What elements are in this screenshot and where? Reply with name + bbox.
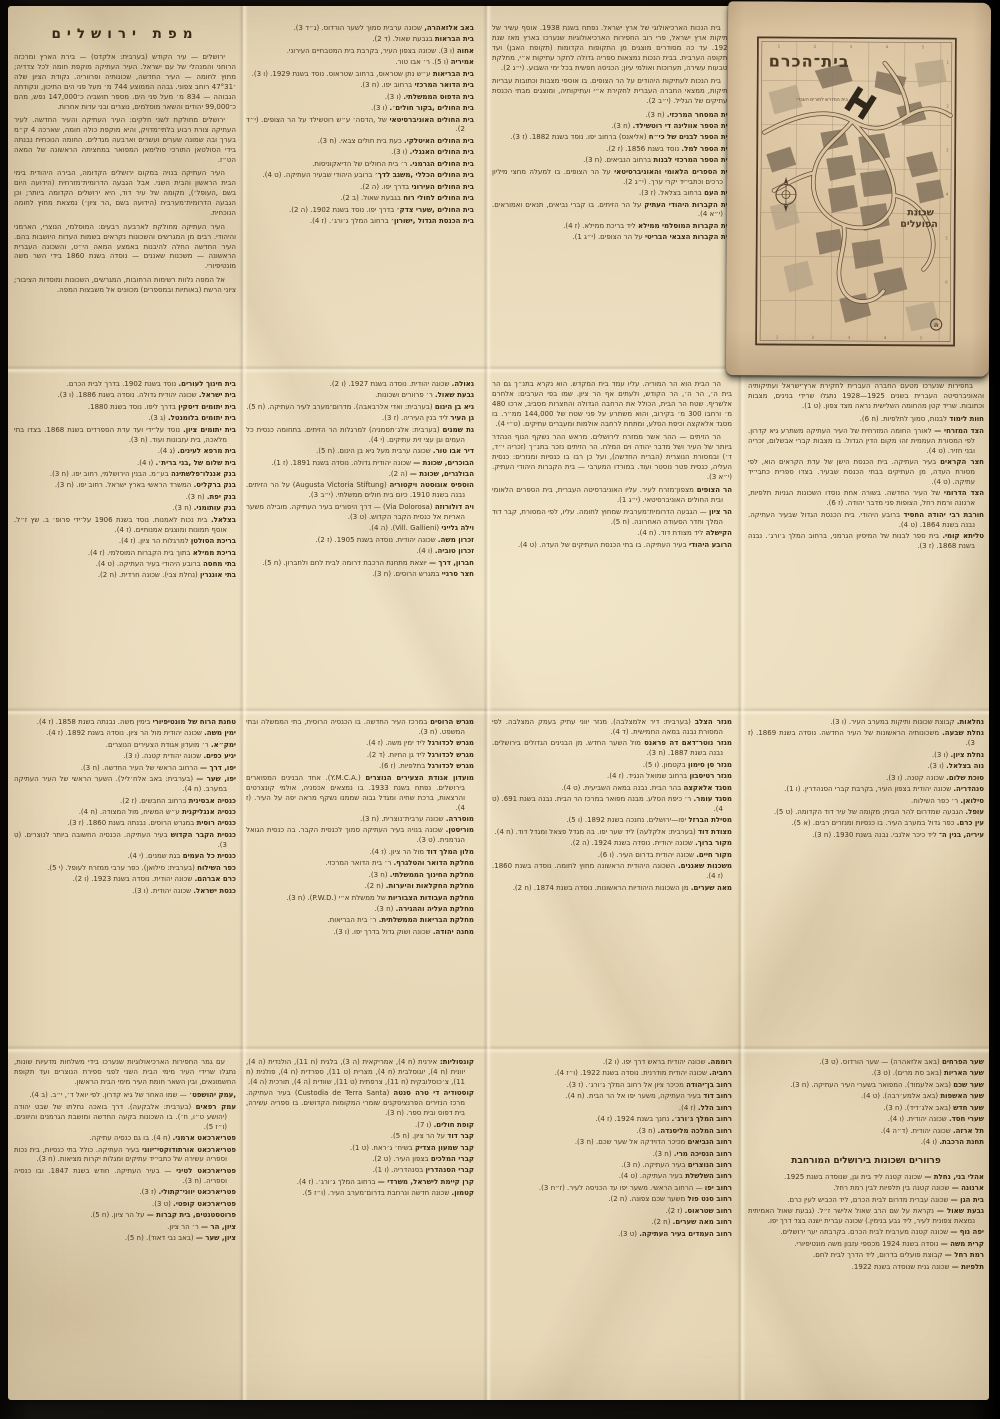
entry-lead: קונסוליות: <box>440 1058 474 1066</box>
entry-line: בית הנכות לעתיקות היהודים על הר הצופים. … <box>492 77 732 107</box>
entry-line: ימין משה. שכונה יהודית מול הר ציון. נוסד… <box>14 729 236 739</box>
entry-line: בית חינוך לעורים. נוסד בשנת 1902. בדרך ל… <box>14 380 236 390</box>
entry-line: עמק רפאים (בערבית: אלבקעה). דרך בואכה נח… <box>14 1103 236 1133</box>
entry-line: מוריסטן. שכונה בנויה בעיר העתיקה סמוך לכ… <box>246 826 474 846</box>
panel-main-title: מפת ירושלים <box>14 25 236 44</box>
seminary-label: בית המדרש למורים העברי <box>797 97 849 103</box>
panel-text: נחלאות. קבוצת שכונות ותיקות במערב העיר. … <box>748 718 984 1030</box>
entry-lead: בנק ברקליס. <box>194 481 236 489</box>
entry-line: בית החולים האוניברסיטאי של ,הדסה׳ ע״ש רו… <box>246 116 474 136</box>
entry-lead: מוריסטן. <box>446 826 474 834</box>
entry-lead: מוסררה. <box>446 815 474 823</box>
entry-lead: הר ציון <box>709 508 732 516</box>
entry-lead: הר הצופים <box>697 486 732 494</box>
entry-line: בית הנכות הארכיאולוגי של ארץ ישראל. נפתח… <box>492 24 732 74</box>
entry-lead: בית הדפוס הממשלתי. <box>403 93 474 101</box>
entry-line: בית החולים האנגלי. (ו 3). <box>246 148 474 158</box>
panel-text: מגרש הרוסים במרכז העיר החדשה. בו הכנסיה … <box>246 718 474 1030</box>
neighborhood-label-line1: שכונת <box>907 207 935 218</box>
panel-text: באב אלזאהרה, שכונה ערבית סמוך לשער הורדו… <box>246 24 474 350</box>
entry-lead: בריכת ממילא <box>193 549 236 557</box>
entry-line: קבר שמעון הצדיק בשיח׳ ג׳ראח. (ט 1). <box>246 1144 474 1154</box>
panel-section-title: פרוורים ושכונות בירושלים המורחבת <box>754 1155 978 1168</box>
entry-line: ארנונה — שכונה קטנה בין תלפיות לבין רמת … <box>748 1184 984 1194</box>
entry-line: קופת חולים. (ו 7). <box>246 1121 474 1131</box>
entry-lead: בית החולים ,בקור חולים׳. <box>390 104 474 112</box>
entry-line: גת שמנים (בערבית: אלג׳תסמניה) למרגלות הר… <box>246 426 474 446</box>
entry-lead: אהלי בני, נחלת — <box>924 1173 984 1181</box>
entry-lead: כפר השילוח <box>197 864 236 872</box>
entry-line: ציון, שער — (באב נבי דאוד). (ח 5). <box>14 1234 236 1244</box>
entry-lead: בית מרפא לעינים. <box>177 447 236 455</box>
entry-lead: מנזר רטיסבון <box>689 772 732 780</box>
neighborhood-label-line2: הפועלים <box>900 219 938 230</box>
entry-line: רוממה. שכונה יהודית בראש דרך יפו. (ו 2). <box>492 1058 732 1068</box>
entry-line: קרית משה — נוסדה בשנת 1924 מכספי עזבון מ… <box>748 1240 984 1250</box>
entry-line: אמיריה (ו 5). ר׳ אבו טור. <box>246 58 474 68</box>
entry-lead: זכרון משה. <box>438 536 474 544</box>
entry-lead: רחוב בן־יהודה <box>686 1081 732 1089</box>
entry-line: מקור ברוך. שכונה יהודית. נוסדה בשנת 1924… <box>492 839 732 849</box>
entry-line: בית יתומים ציון. נוסד על־ידי ועד עדת הספ… <box>14 426 236 446</box>
entry-line: בית הבראות בגבעת שאול. (ד 2). <box>246 35 474 45</box>
entry-line: רחביה. שכונה יהודית מודרנית. נוסדה בשנת … <box>492 1069 732 1079</box>
entry-line: חצר סרגיי במגרש הרוסים. (ח 3). <box>246 570 474 580</box>
entry-line: בתי אונגרין (נחלת צבי). שכונה חרדית. (ח … <box>14 571 236 581</box>
entry-line: תל ארזה. שכונה יהודית. (ד״ה 4). <box>748 1127 984 1137</box>
entry-lead: רחוב דוד <box>703 1092 732 1100</box>
entry-line: העיר העתיקה בנויה במקום ירושלים הקדומה, … <box>14 169 236 219</box>
entry-lead: ,עמק יהושפט׳ <box>189 1091 236 1099</box>
entry-lead: פטריארכאט ארמני. <box>173 1134 236 1142</box>
entry-lead: רחוב סנט פול <box>688 1195 733 1203</box>
entry-line: בית החולים הגרמני. ר׳ בית החולים של הדיא… <box>246 160 474 170</box>
entry-line: רחוב הנסיכה מרי. (ח 3). <box>492 1150 732 1160</box>
entry-lead: בית הספר למל. <box>681 145 732 153</box>
entry-lead: מחנה יהודה. <box>433 928 474 936</box>
entry-line: בית הקברות הצבאי הבריטי על הר הצופים. (י… <box>492 233 732 243</box>
entry-lead: רחוב מאה שערים. <box>673 1218 732 1226</box>
entry-line: בית הספר המרכזי לבנות ברחוב הנביאים. (ח … <box>492 156 732 166</box>
entry-lead: רחוב השלשלת <box>685 1172 732 1180</box>
entry-line: זכרון משה. שכונה יהודית. נוסדה בשנת 1905… <box>246 536 474 546</box>
entry-line: בית הכנסת הגדול ,ישורון׳ ברחוב המלך ג׳ור… <box>246 217 474 227</box>
entry-lead: יפו, שער — <box>196 775 236 783</box>
entry-lead: רחוב הנוצרים <box>688 1161 732 1169</box>
entry-lead: רוממה. <box>708 1058 732 1066</box>
entry-lead: כנסיה אבסינית <box>189 797 236 805</box>
entry-lead: קרן קיימת לישראל, משרדי — <box>378 1178 474 1186</box>
entry-line: ירושלים מחולקת לשני חלקים: העיר העתיקה ו… <box>14 116 236 166</box>
entry-line: אחוה (ו 3). שכונה בצפון העיר, בקרבת בית … <box>246 47 474 57</box>
entry-lead: בית הקברות הצבאי הבריטי <box>645 233 732 241</box>
entry-lead: קרית משה — <box>941 1240 984 1248</box>
entry-line: הר ציון — הגבעה הדרומית־מערבית שמחוץ לחו… <box>492 508 732 528</box>
entry-line: בית הקברות המוסלמי ממילא ליד בריכת ממילא… <box>492 222 732 232</box>
entry-lead: שער האשפות <box>940 1092 984 1100</box>
entry-line: קטמון. שכונה חדשה ונרחבת בדרום־מערב העיר… <box>246 1189 474 1199</box>
entry-line: מחלקת הבריאות הממשלתית. ר׳ בית הבריאות. <box>246 916 474 926</box>
entry-lead: רחוב הלל. <box>698 1104 732 1112</box>
entry-lead: ימק״א. <box>211 741 236 749</box>
entry-line: בית הקברות היהודי העתיק על הר הזיתים. בו… <box>492 201 732 221</box>
panel-text: בית חינוך לעורים. נוסד בשנת 1902. בדרך ל… <box>14 380 236 692</box>
entry-line: קבר דוד על הר ציון. (ח 5). <box>246 1132 474 1142</box>
entry-line: פטריארכאט ארמני. (ח 4). בו גם כנסיה עתיק… <box>14 1134 236 1144</box>
text-panel-7: בחפירות שנערכו מטעם החברה העברית לחקירת … <box>748 382 984 692</box>
map-grid-tick: 1 <box>776 334 779 339</box>
entry-lead: תל ארזה. <box>953 1127 984 1135</box>
entry-line: סילואן. ר׳ כפר השילוח. <box>748 797 984 807</box>
panel-text: רוממה. שכונה יהודית בראש דרך יפו. (ו 2).… <box>492 1058 732 1380</box>
panel-text: מנזר הצלב (בערבית: דיר אלמצלבה). מנזר יו… <box>492 718 732 1030</box>
entry-line: בית הבריאות ע״ש נתן שטראוס, ברחוב שטראוס… <box>246 70 474 80</box>
entry-line: עם גמר החפירות הארכיאולוגיות שנערכו בידי… <box>14 1058 236 1088</box>
entry-line: רחוב העמדים בעיר העתיקה. (ט 3). <box>492 1230 732 1240</box>
entry-line: כרם אברהם. שכונה יהודית. נוסדה בשנת 1923… <box>14 875 236 885</box>
entry-lead: רחוב שטראוס. <box>685 1207 732 1215</box>
panel-text: מפת ירושליםירושלים — עיר הקודש (בערבית: … <box>14 24 236 350</box>
entry-lead: וילה גלייני <box>441 524 474 532</box>
entry-lead: בית החולים לחולי רוח <box>403 194 474 202</box>
entry-lead: בית הספרים הלאומי והאוניברסיטאי <box>614 168 732 176</box>
entry-lead: הבוכרים, שכונת — <box>413 459 474 467</box>
entry-line: מחלקת העליה וההגירה. (ח 3). <box>246 905 474 915</box>
entry-line: בנק עותומני. (ח 3). <box>14 504 236 514</box>
entry-lead: בית המסחר המרכזי. <box>667 111 732 119</box>
entry-lead: כנסית כל העמים <box>183 852 236 860</box>
entry-line: חצר הקראים בעיר העתיקה. בית הכנסת הישן ש… <box>748 458 984 488</box>
entry-lead: גת שמנים <box>443 426 475 434</box>
entry-lead: מגרש לכדורגל <box>428 762 474 770</box>
entry-lead: עמק רפאים <box>196 1103 236 1111</box>
entry-line: אהלי בני, נחלת — שכונה קטנה ליד בית וגן,… <box>748 1173 984 1183</box>
entry-lead: מחלקת החינוך הממשלתי. <box>390 871 474 879</box>
entry-line: הוספיס אוגוסטה ויקטוריה (Augusta Victori… <box>246 481 474 501</box>
entry-line: הקישלה ליד מצודת דוד. (ח 4). <box>492 529 732 539</box>
entry-line: ציון, הר — ר׳ הר ציון. <box>14 1223 236 1233</box>
entry-lead: מגרש לכדורגל <box>428 751 474 759</box>
entry-lead: חצר הקראים <box>940 458 984 466</box>
entry-line: הבוכרים, שכונת — שכונה יהודית גדולה. נוס… <box>246 459 474 469</box>
entry-lead: קברי הסנהדרין <box>426 1166 474 1174</box>
panel-text: הר הבית הוא הר המוריה. עליו עמד בית המקד… <box>492 380 732 692</box>
entry-line: בית הספרים הלאומי והאוניברסיטאי על הר הצ… <box>492 168 732 188</box>
map-grid-tick: 6 <box>945 280 948 285</box>
entry-lead: תחנת הרכבת. <box>939 1138 984 1146</box>
seminary-building <box>844 86 876 120</box>
entry-line: גבעת שאול. ר׳ פרוורים ושכונות. <box>246 391 474 401</box>
entry-lead: שערי חסד. <box>949 1115 984 1123</box>
entry-line: רחוב דוד בעיר העתיקה, משער יפו אל הר הבי… <box>492 1092 732 1102</box>
entry-line: שער הפרחים (באב אלזאהרה) — שער הורדוס. (… <box>748 1058 984 1068</box>
entry-line: מגרש לכדורגל ליד ימין משה. (ז 4). <box>246 739 474 749</box>
entry-line: אל המפה נלוות רשימות הרחובות, המגרשים, ה… <box>14 276 236 296</box>
entry-line: יפה נוף — שכונה קטנה מערבית לבית הכרם. ב… <box>748 1228 984 1238</box>
entry-line: בית הספר למל. נוסד בשנת 1856. (ז 2). <box>492 145 732 155</box>
entry-lead: בית חינוך לעורים. <box>178 380 236 388</box>
entry-line: ,עמק יהושפט׳ — שמו האחר של גיא קדרון. לפ… <box>14 1091 236 1101</box>
text-panel-3: בית הנכות הארכיאולוגי של ארץ ישראל. נפתח… <box>492 24 732 350</box>
entry-lead: זכרון טוביה. <box>435 547 474 555</box>
entry-lead: חוות לימוד <box>949 415 984 423</box>
entry-lead: בית הבראות <box>435 35 474 43</box>
entry-line: בית הדואר המרכזי ברחוב יפו. (ח 3). <box>246 81 474 91</box>
entry-line: קברי המלכים בצפון העיר. (ט 2). <box>246 1155 474 1165</box>
entry-line: בנק ברקליס. המשרד הראשי בארץ ישראל. רחוב… <box>14 481 236 491</box>
panel-text: שער הפרחים (באב אלזאהרה) — שער הורדוס. (… <box>748 1058 984 1380</box>
entry-lead: בית יתומים ציון. <box>183 426 236 434</box>
map-grid-tick: 5 <box>920 335 923 340</box>
entry-lead: בית הכנסת הגדול ,ישורון׳ <box>391 217 474 225</box>
entry-lead: רחוב הנסיכה מרי. <box>674 1150 732 1158</box>
entry-line: רחוב המלכה מליסנדה. (ח 3). <box>492 1127 732 1137</box>
map-grid-tick: 1 <box>946 60 949 65</box>
entry-line: בית יתומים בלומנטל. (ג 3). <box>14 414 236 424</box>
entry-line: גאולה. שכונה יהודית. נוסדה בשנת 1927. (ו… <box>246 380 474 390</box>
entry-line: טחנת הרוח של מונטיפיורי בימין משה. נבנתה… <box>14 718 236 728</box>
entry-line: מחלקת העבודות הצבוריות של ממשלת א״י (.P.… <box>246 894 474 904</box>
entry-line: יפו, שער — (בערבית: באב אלח׳ליל). השער ה… <box>14 775 236 795</box>
entry-lead: ימין משה. <box>204 729 236 737</box>
entry-line: בית יתומים דיסקין בדרך ליפו. נוסד בשנת 1… <box>14 403 236 413</box>
entry-lead: בית הגן — <box>951 1196 984 1204</box>
entry-line: גבעת שאול — נקראת על שם הרב שאול אלישר ז… <box>748 1207 984 1227</box>
entry-lead: בית הדואר המרכזי <box>414 81 474 89</box>
text-panel-9: מגרש הרוסים במרכז העיר החדשה. בו הכנסיה … <box>246 718 474 1030</box>
entry-lead: שער חדש <box>953 1104 984 1112</box>
entry-lead: בית החולים האוניברסיטאי <box>389 116 474 124</box>
entry-lead: מנזר הצלב <box>695 718 732 726</box>
entry-line: בית החולים ,בקור חולים׳. (ו 3). <box>246 104 474 114</box>
entry-line: בית הספר אוולינה די רוטשילד. (ח 3). <box>492 122 732 132</box>
text-panel-1: מפת ירושליםירושלים — עיר הקודש (בערבית: … <box>14 24 236 350</box>
panel-text: קונסוליות: אירנית (ח 4), אמריקאית (ה 3),… <box>246 1058 474 1380</box>
entry-line: מחנה יהודה. שכונה ושוק גדול בדרך יפו. (ו… <box>246 928 474 938</box>
entry-line: מוסררה. שכונה ערבית־נוצרית. (ח 3). <box>246 815 474 825</box>
entry-line: ימק״א. ר׳ מועדון אגודת הצעירים הנוצרים. <box>14 741 236 751</box>
entry-lead: קוסטודיה די טרה סנטה <box>393 1089 474 1097</box>
map-grid-tick: 3 <box>850 44 853 49</box>
entry-line: הר הבית הוא הר המוריה. עליו עמד בית המקד… <box>492 380 732 430</box>
entry-lead: נוה בצלאל. <box>946 762 984 770</box>
entry-line: חברון, דרך — יוצאת מתחנת הרכבת דרומה לבי… <box>246 559 474 569</box>
entry-lead: מקור חיים. <box>696 851 732 859</box>
map-grid-tick: 3 <box>848 335 851 340</box>
entry-lead: חברון, דרך — <box>429 559 474 567</box>
entry-lead: בית הקברות היהודי העתיק <box>644 201 732 209</box>
entry-line: כנסיה רוסית במגרש הרוסים. נבנתה בשנת 186… <box>14 819 236 829</box>
entry-lead: בנק אנגלו־פלשתינה <box>171 470 236 478</box>
entry-lead: קופת חולים. <box>434 1121 474 1129</box>
entry-line: קוסטודיה די טרה סנטה (Custodia de Terra … <box>246 1089 474 1119</box>
entry-line: מחלקת החינוך הממשלתי. (ח 3). <box>246 871 474 881</box>
entry-line: בית המסחר המרכזי. (ח 3). <box>492 111 732 121</box>
entry-line: מועדון אגודת הצעירים הנוצרים (.Y.M.C.A).… <box>246 774 474 814</box>
entry-lead: קבר שמעון הצדיק <box>415 1144 474 1152</box>
map-corner-symbol: ה <box>934 321 939 329</box>
entry-line: מגרש לכדורגל ליד גן החיות. (ד 2). <box>246 751 474 761</box>
entry-line: בית הספר לבנים של כי״ח (אליאנס) ברחוב יפ… <box>492 133 732 143</box>
entry-line: תחנת הרכבת. (ו 4). <box>748 1138 984 1148</box>
entry-line: משכנות שאננים. השכונה היהודית הראשונה מח… <box>492 862 732 882</box>
entry-lead: פטריארכאט לטיני <box>176 1167 236 1175</box>
entry-line: נחלת שבעה. משכונותיה הראשונות של העיר הח… <box>748 729 984 749</box>
text-panel-5: גאולה. שכונה יהודית. נוסדה בשנת 1927. (ו… <box>246 380 474 692</box>
entry-lead: ויה דולורוזה <box>435 503 474 511</box>
entry-lead: הקישלה <box>706 529 732 537</box>
entry-lead: גבעת שאול — <box>937 1207 984 1215</box>
entry-lead: בית החולים האיטלקי. <box>404 137 474 145</box>
entry-line: סוכת שלום. שכונה קטנה. (ו 3). <box>748 774 984 784</box>
entry-line: מסגד עומר. ר׳ כיפת הסלע. מבנה מפואר במרכ… <box>492 795 732 815</box>
entry-line: מגרש הרוסים במרכז העיר החדשה. בו הכנסיה … <box>246 718 474 738</box>
entry-lead: תלפיות — <box>952 1263 984 1271</box>
map-grid-tick: 1 <box>778 44 781 49</box>
text-panel-12: עם גמר החפירות הארכיאולוגיות שנערכו בידי… <box>14 1058 236 1380</box>
entry-lead: בית החולים האנגלי. <box>410 148 474 156</box>
entry-line: ויה דולורוזה (Via Dolorosa) — דרך היסורי… <box>246 503 474 523</box>
entry-lead: מחלקת העליה וההגירה. <box>396 905 474 913</box>
entry-line: בנק אנגלו־פלשתינה בע״מ. הבנין הירושלמי, … <box>14 470 236 480</box>
map-grid-tick: 2 <box>812 335 815 340</box>
entry-line: פטריארכאט לטיני — בעיר העתיקה. חודש בשנת… <box>14 1167 236 1187</box>
entry-lead: אמיריה <box>451 58 474 66</box>
entry-line: רחוב השלשלת בעיר העתיקה. (ט 4). <box>492 1172 732 1182</box>
entry-lead: נחלאות. <box>957 718 984 726</box>
entry-lead: מאה שערים. <box>691 884 732 892</box>
entry-lead: מגרש לכדורגל <box>428 739 474 747</box>
entry-line: חוות לימוד לבנות, סמוך לתלפיות. (ח 6). <box>748 415 984 425</box>
entry-line: רמת רחל — קבוצת פועלים בדרום, ליד הדרך ל… <box>748 1251 984 1261</box>
entry-lead: מקור ברוך. <box>695 839 732 847</box>
panel-text: בית הנכות הארכיאולוגי של ארץ ישראל. נפתח… <box>492 24 732 350</box>
entry-line: יגיע כפים. שכונה יהודית קטנה. (ו 3). <box>14 752 236 762</box>
entry-lead: סוכת שלום. <box>946 774 984 782</box>
entry-line: סנהדריה. שכונה יהודית בצפון העיר, בקרבת … <box>748 785 984 795</box>
map-grid-tick: 2 <box>814 44 817 49</box>
entry-lead: קבר דוד <box>447 1132 474 1140</box>
entry-line: עין כרם. כפר גדול במערב העיר. בו כנסיות … <box>748 819 984 829</box>
entry-line: בחפירות שנערכו מטעם החברה העברית לחקירת … <box>748 382 984 412</box>
entry-lead: רחוב העמדים בעיר העתיקה. <box>639 1230 732 1238</box>
entry-lead: בית יתומים דיסקין <box>178 403 236 411</box>
text-panel-13: קונסוליות: אירנית (ח 4), אמריקאית (ה 3),… <box>246 1058 474 1380</box>
entry-lead: כנסית הקבר הקדוש <box>171 831 236 839</box>
entry-lead: בית שלום של ,בני ברית׳. <box>156 459 236 467</box>
entry-lead: גאולה. <box>452 380 474 388</box>
entry-lead: בית החולים ,שערי צדק׳ <box>397 206 474 214</box>
entry-lead: הוספיס אוגוסטה ויקטוריה <box>389 481 474 489</box>
entry-line: מצודת דוד (בערבית: אלקלעה) ליד שער יפו. … <box>492 828 732 838</box>
entry-line: מחלקת הדואר והטלגרף. ר׳ בית הדואר המרכזי… <box>246 859 474 869</box>
entry-lead: מצודת דוד <box>698 828 732 836</box>
entry-line: מסגד אלאקצה בהר הבית. נבנה במאה השביעית.… <box>492 784 732 794</box>
entry-lead: מנזר נוטר־דאם דה פראנס <box>644 739 732 747</box>
entry-lead: רחוב יפו <box>705 1184 732 1192</box>
entry-line: עיריה, בנין ה־ ליד כיכר אלנבי. נבנה בשנת… <box>748 831 984 841</box>
entry-line: בריכת ממילא בתוך בית הקברות המוסלמי. (ז … <box>14 549 236 559</box>
entry-lead: גיא בן הינום <box>435 403 474 411</box>
text-panel-10: מנזר הצלב (בערבית: דיר אלמצלבה). מנזר יו… <box>492 718 732 1030</box>
entry-lead: בנק יפת. <box>207 493 236 501</box>
map-grid-tick: 4 <box>886 44 889 49</box>
entry-line: נחלת ציון. (ו 3). <box>748 751 984 761</box>
map-grid-tick: 4 <box>946 192 949 197</box>
entry-lead: בית הספר לבנים של כי״ח <box>649 133 732 141</box>
entry-line: בית שלום של ,בני ברית׳. (ו 4). <box>14 459 236 469</box>
entry-line: כנסיה אנגליקנית ע״ש המשיח, מול המצודה. (… <box>14 808 236 818</box>
entry-lead: טחנת הרוח של מונטיפיורי <box>153 718 236 726</box>
entry-lead: מחלקת הבריאות הממשלתית. <box>379 916 474 924</box>
entry-lead: מנזר סן סימון <box>688 761 732 769</box>
entry-lead: יגיע כפים. <box>203 752 236 760</box>
entry-lead: דיר אבו טור. <box>433 447 474 455</box>
entry-line: בית העם ברחוב בצלאל. (ז 3). <box>492 189 732 199</box>
entry-lead: גן העיר <box>450 414 474 422</box>
entry-lead: רחוב המלך ג׳ורג׳. <box>672 1115 732 1123</box>
text-panel-14: רוממה. שכונה יהודית בראש דרך יפו. (ו 2).… <box>492 1058 732 1380</box>
text-panel-15: שער הפרחים (באב אלזאהרה) — שער הורדוס. (… <box>748 1058 984 1380</box>
entry-lead: הבולגרים, שכונת — <box>410 470 474 478</box>
entry-lead: מחלקת החקלאות והיערות. <box>386 882 474 890</box>
entry-line: הר הצופים מצפון־מזרח לעיר. עליו האוניברס… <box>492 486 732 506</box>
map-grid-tick: 5 <box>922 44 925 49</box>
entry-line: רחוב יפו — הרחוב הראשי. משער יפו עד הכני… <box>492 1184 732 1194</box>
entry-line: פטריארכאט אורתודוקסי־יווני בעיר העתיקה. … <box>14 1146 236 1166</box>
entry-line: רחוב המלך ג׳ורג׳. נחנך בשנת 1924. (ז 4). <box>492 1115 732 1125</box>
text-panel-8: טחנת הרוח של מונטיפיורי בימין משה. נבנתה… <box>14 718 236 1030</box>
entry-lead: פטריארכאט קופטי. <box>173 1200 236 1208</box>
entry-line: בית החולים העירוני בדרך יפו. (ה 2). <box>246 183 474 193</box>
entry-lead: כנסיה רוסית <box>197 819 236 827</box>
entry-line: נוה בצלאל. (ו 3). <box>748 762 984 772</box>
text-panel-2: באב אלזאהרה, שכונה ערבית סמוך לשער הורדו… <box>246 24 474 350</box>
entry-line: שער האשפות (באב אלמע׳רבה). (ט 4). <box>748 1092 984 1102</box>
entry-lead: עופל. <box>965 808 984 816</box>
scan-background: מפת ירושליםירושלים — עיר הקודש (בערבית: … <box>0 0 1000 1419</box>
text-panel-11: נחלאות. קבוצת שכונות ותיקות במערב העיר. … <box>748 718 984 1030</box>
cover-card: 1122334455123456 <box>726 1 991 377</box>
entry-lead: מלון המלך דוד <box>426 848 474 856</box>
entry-line: מנזר הצלב (בערבית: דיר אלמצלבה). מנזר יו… <box>492 718 732 738</box>
map-grid-tick: 5 <box>945 236 948 241</box>
entry-line: מאה שערים. מן השכונות היהודיות הראשונות.… <box>492 884 732 894</box>
entry-lead: כרם אברהם. <box>195 875 236 883</box>
entry-lead: רחביה. <box>709 1069 732 1077</box>
entry-line: ירושלים — עיר הקודש (בערבית: אלקדס) — בי… <box>14 53 236 113</box>
entry-line: וילה גלייני (Vill. Gallieni). (ה 4). <box>246 524 474 534</box>
entry-line: עופל. הגבעה שמדרום להר הבית; מקומה של עי… <box>748 808 984 818</box>
entry-line: דיר אבו טור. שכונה ערבית מעל גיא בן הינו… <box>246 447 474 457</box>
entry-lead: קטמון. <box>452 1189 474 1197</box>
entry-line: כנסית כל העמים בגת שמנים. (י 4). <box>14 852 236 862</box>
entry-line: פטריארכאט יווני־קתולי. (ז 3). <box>14 1188 236 1198</box>
entry-lead: רמת רחל — <box>945 1251 984 1259</box>
entry-lead: בית הספר אוולינה די רוטשילד. <box>633 122 732 130</box>
text-panel-6: הר הבית הוא הר המוריה. עליו עמד בית המקד… <box>492 380 732 692</box>
entry-line: מלון המלך דוד מול הר ציון. (ז 4). <box>246 848 474 858</box>
entry-lead: בית יתומים בלומנטל. <box>168 414 236 422</box>
entry-line: חורבת רבי יהודה החסיד ברובע היהודי. בית … <box>748 511 984 531</box>
entry-line: רחוב הנוצרים בעיר העתיקה. (ח 3). <box>492 1161 732 1171</box>
entry-lead: אחוה <box>457 47 474 55</box>
entry-lead: בריכת הסולטן <box>191 537 236 545</box>
entry-line: כנסית הקבר הקדוש בעיר העתיקה. הכנסיה החש… <box>14 831 236 851</box>
entry-line: בית החולים ,שערי צדק׳ בדרך יפו. נוסד בשנ… <box>246 206 474 216</box>
entry-lead: מסגד אלאקצה <box>684 784 732 792</box>
panel-text: גאולה. שכונה יהודית. נוסדה בשנת 1927. (ו… <box>246 380 474 692</box>
